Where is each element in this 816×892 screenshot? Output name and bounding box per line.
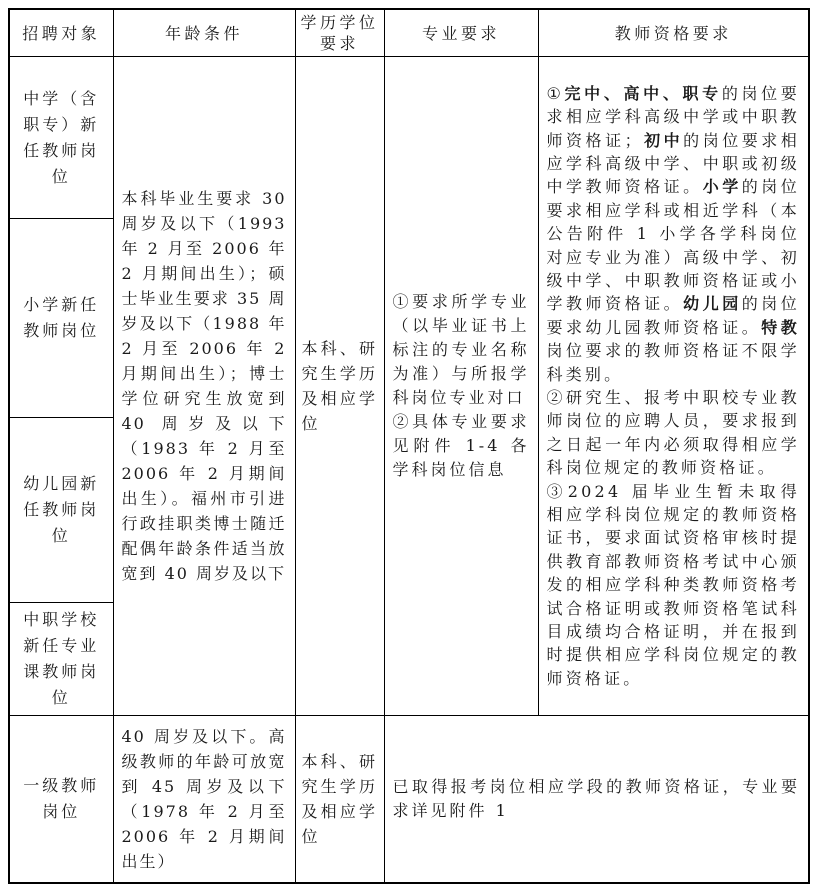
header-degree-requirement: 学历学位要求: [295, 9, 384, 57]
cell-major-requirement-new-teachers: ①要求所学专业（以毕业证书上标注的专业名称为准）与所报学科岗位专业对口 ②具体专…: [384, 57, 538, 716]
header-row: 招聘对象 年龄条件 学历学位要求 专业要求 教师资格要求: [9, 9, 809, 57]
qualification-item-2: ②研究生、报考中职校专业教师岗位的应聘人员，要求报到之日起一年内必须取得相应学科…: [547, 386, 801, 480]
cell-target-kindergarten: 幼儿园新任教师岗位: [9, 418, 113, 603]
header-recruitment-target: 招聘对象: [9, 9, 113, 57]
table-row: 一级教师岗位 40 周岁及以下。高级教师的年龄可放宽到 45 周岁及以下（197…: [9, 716, 809, 883]
major-item-2: ②具体专业要求见附件 1-4 各学科岗位信息: [393, 410, 530, 482]
cell-target-primary-school: 小学新任教师岗位: [9, 219, 113, 418]
document-page: 招聘对象 年龄条件 学历学位要求 专业要求 教师资格要求 中学（含职专）新任教师…: [0, 0, 816, 892]
recruitment-requirements-table: 招聘对象 年龄条件 学历学位要求 专业要求 教师资格要求 中学（含职专）新任教师…: [8, 8, 810, 884]
qualification-item-3: ③2024 届毕业生暂未取得相应学科岗位规定的教师资格证书，要求面试资格审核时提…: [547, 480, 801, 691]
cell-degree-requirement-new-teachers: 本科、研究生学历及相应学位: [295, 57, 384, 716]
cell-age-condition-first-grade: 40 周岁及以下。高级教师的年龄可放宽到 45 周岁及以下（1978 年 2 月…: [113, 716, 295, 883]
header-teacher-qualification: 教师资格要求: [538, 9, 809, 57]
cell-age-condition-new-teachers: 本科毕业生要求 30 周岁及以下（1993 年 2 月至 2006 年 2 月期…: [113, 57, 295, 716]
header-age-condition: 年龄条件: [113, 9, 295, 57]
cell-qualification-new-teachers: ①完中、高中、职专的岗位要求相应学科高级中学或中职教师资格证；初中的岗位要求相应…: [538, 57, 809, 716]
major-item-1: ①要求所学专业（以毕业证书上标注的专业名称为准）与所报学科岗位专业对口: [393, 290, 530, 410]
qualification-item-1: ①完中、高中、职专的岗位要求相应学科高级中学或中职教师资格证；初中的岗位要求相应…: [547, 82, 801, 386]
cell-qualification-first-grade: 已取得报考岗位相应学段的教师资格证，专业要求详见附件 1: [384, 716, 809, 883]
table-row: 中学（含职专）新任教师岗位 本科毕业生要求 30 周岁及以下（1993 年 2 …: [9, 57, 809, 219]
cell-target-vocational-school: 中职学校新任专业课教师岗位: [9, 603, 113, 716]
cell-degree-requirement-first-grade: 本科、研究生学历及相应学位: [295, 716, 384, 883]
cell-target-secondary-school: 中学（含职专）新任教师岗位: [9, 57, 113, 219]
cell-target-first-grade-teacher: 一级教师岗位: [9, 716, 113, 883]
header-major-requirement: 专业要求: [384, 9, 538, 57]
